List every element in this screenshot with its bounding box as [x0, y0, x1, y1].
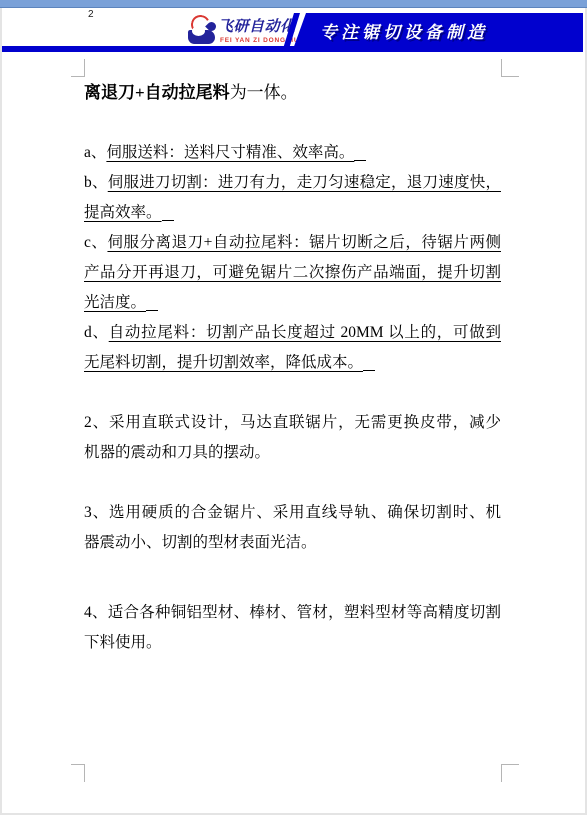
- item-prefix: b、: [84, 174, 108, 191]
- item-text: 伺服送料：送料尺寸精准、效率高。: [106, 144, 354, 161]
- item-text: 下料使用。: [84, 634, 162, 651]
- item-prefix: 4、: [84, 604, 108, 621]
- underline-tail: [354, 142, 366, 161]
- crop-mark-top-right: [501, 59, 519, 77]
- company-logo-icon: [188, 15, 216, 45]
- text-line-a1: a、伺服送料：送料尺寸精准、效率高。: [84, 138, 501, 168]
- heading-bold: 离退刀+自动拉尾料: [84, 83, 230, 102]
- blank-line: [84, 468, 501, 498]
- logo-swoosh: [188, 30, 215, 44]
- item-text: 器震动小、切割的型材表面光洁。: [84, 534, 317, 551]
- heading-regular: 为一体。: [230, 83, 298, 102]
- page-left-edge: [0, 8, 2, 815]
- blank-line: [84, 108, 501, 138]
- crop-mark-bottom-left: [71, 764, 85, 782]
- item-prefix: c、: [84, 234, 107, 251]
- item-text: 提高效率。: [84, 204, 162, 221]
- blank-line: [84, 378, 501, 408]
- text-line-c1: c、伺服分离退刀+自动拉尾料：锯片切断之后，待锯片两侧: [84, 228, 501, 258]
- text-line-c2: 产品分开再退刀，可避免锯片二次擦伤产品端面，提升切割: [84, 258, 501, 288]
- heading-line: 离退刀+自动拉尾料为一体。: [84, 78, 501, 108]
- slogan-text: 专注锯切设备制造: [320, 18, 488, 43]
- underline-tail: [146, 292, 158, 311]
- item-prefix: 3、: [84, 504, 109, 521]
- item-text: 机器的震动和刀具的摆动。: [84, 444, 270, 461]
- page-number: 2: [88, 9, 94, 20]
- item-text: 采用直联式设计，马达直联锯片，无需更换皮带，减少: [109, 414, 501, 431]
- item-prefix: 2、: [84, 414, 109, 431]
- underline-tail: [363, 352, 375, 371]
- text-line-3b: 器震动小、切割的型材表面光洁。: [84, 528, 501, 558]
- crop-mark-bottom-right: [501, 764, 519, 782]
- item-text: 自动拉尾料：切割产品长度超过 20MM 以上的，可做到: [109, 324, 501, 341]
- crop-mark-top-left: [71, 59, 85, 77]
- text-line-4b: 下料使用。: [84, 628, 501, 658]
- blank-line-small: [84, 588, 501, 598]
- item-text: 伺服分离退刀+自动拉尾料：锯片切断之后，待锯片两侧: [107, 234, 501, 251]
- item-text: 伺服进刀切割：进刀有力，走刀匀速稳定，退刀速度快，: [108, 174, 501, 191]
- window-top-strip: [0, 0, 587, 8]
- blank-line: [84, 558, 501, 588]
- text-line-d2: 无尾料切割，提升切割效率，降低成本。: [84, 348, 501, 378]
- underline-tail: [162, 202, 174, 221]
- item-prefix: d、: [84, 324, 109, 341]
- item-text: 光洁度。: [84, 294, 146, 311]
- text-line-b1: b、伺服进刀切割：进刀有力，走刀匀速稳定，退刀速度快，: [84, 168, 501, 198]
- document-page: { "page": { "number": "2" }, "header": {…: [0, 0, 587, 815]
- text-line-c3: 光洁度。: [84, 288, 501, 318]
- item-prefix: a、: [84, 144, 106, 161]
- item-text: 选用硬质的合金锯片、采用直线导轨、确保切割时、机: [109, 504, 501, 521]
- text-line-d1: d、自动拉尾料：切割产品长度超过 20MM 以上的，可做到: [84, 318, 501, 348]
- item-text: 产品分开再退刀，可避免锯片二次擦伤产品端面，提升切割: [84, 264, 501, 281]
- slogan-banner: 专注锯切设备制造: [292, 13, 583, 52]
- text-line-2b: 机器的震动和刀具的摆动。: [84, 438, 501, 468]
- text-line-2a: 2、采用直联式设计，马达直联锯片，无需更换皮带，减少: [84, 408, 501, 438]
- text-line-3a: 3、选用硬质的合金锯片、采用直线导轨、确保切割时、机: [84, 498, 501, 528]
- text-line-b2: 提高效率。: [84, 198, 501, 228]
- text-line-4a: 4、适合各种铜铝型材、棒材、管材，塑料型材等高精度切割: [84, 598, 501, 628]
- document-body: 离退刀+自动拉尾料为一体。 a、伺服送料：送料尺寸精准、效率高。 b、伺服进刀切…: [84, 78, 501, 658]
- item-text: 适合各种铜铝型材、棒材、管材，塑料型材等高精度切割: [108, 604, 501, 621]
- item-text: 无尾料切割，提升切割效率，降低成本。: [84, 354, 363, 371]
